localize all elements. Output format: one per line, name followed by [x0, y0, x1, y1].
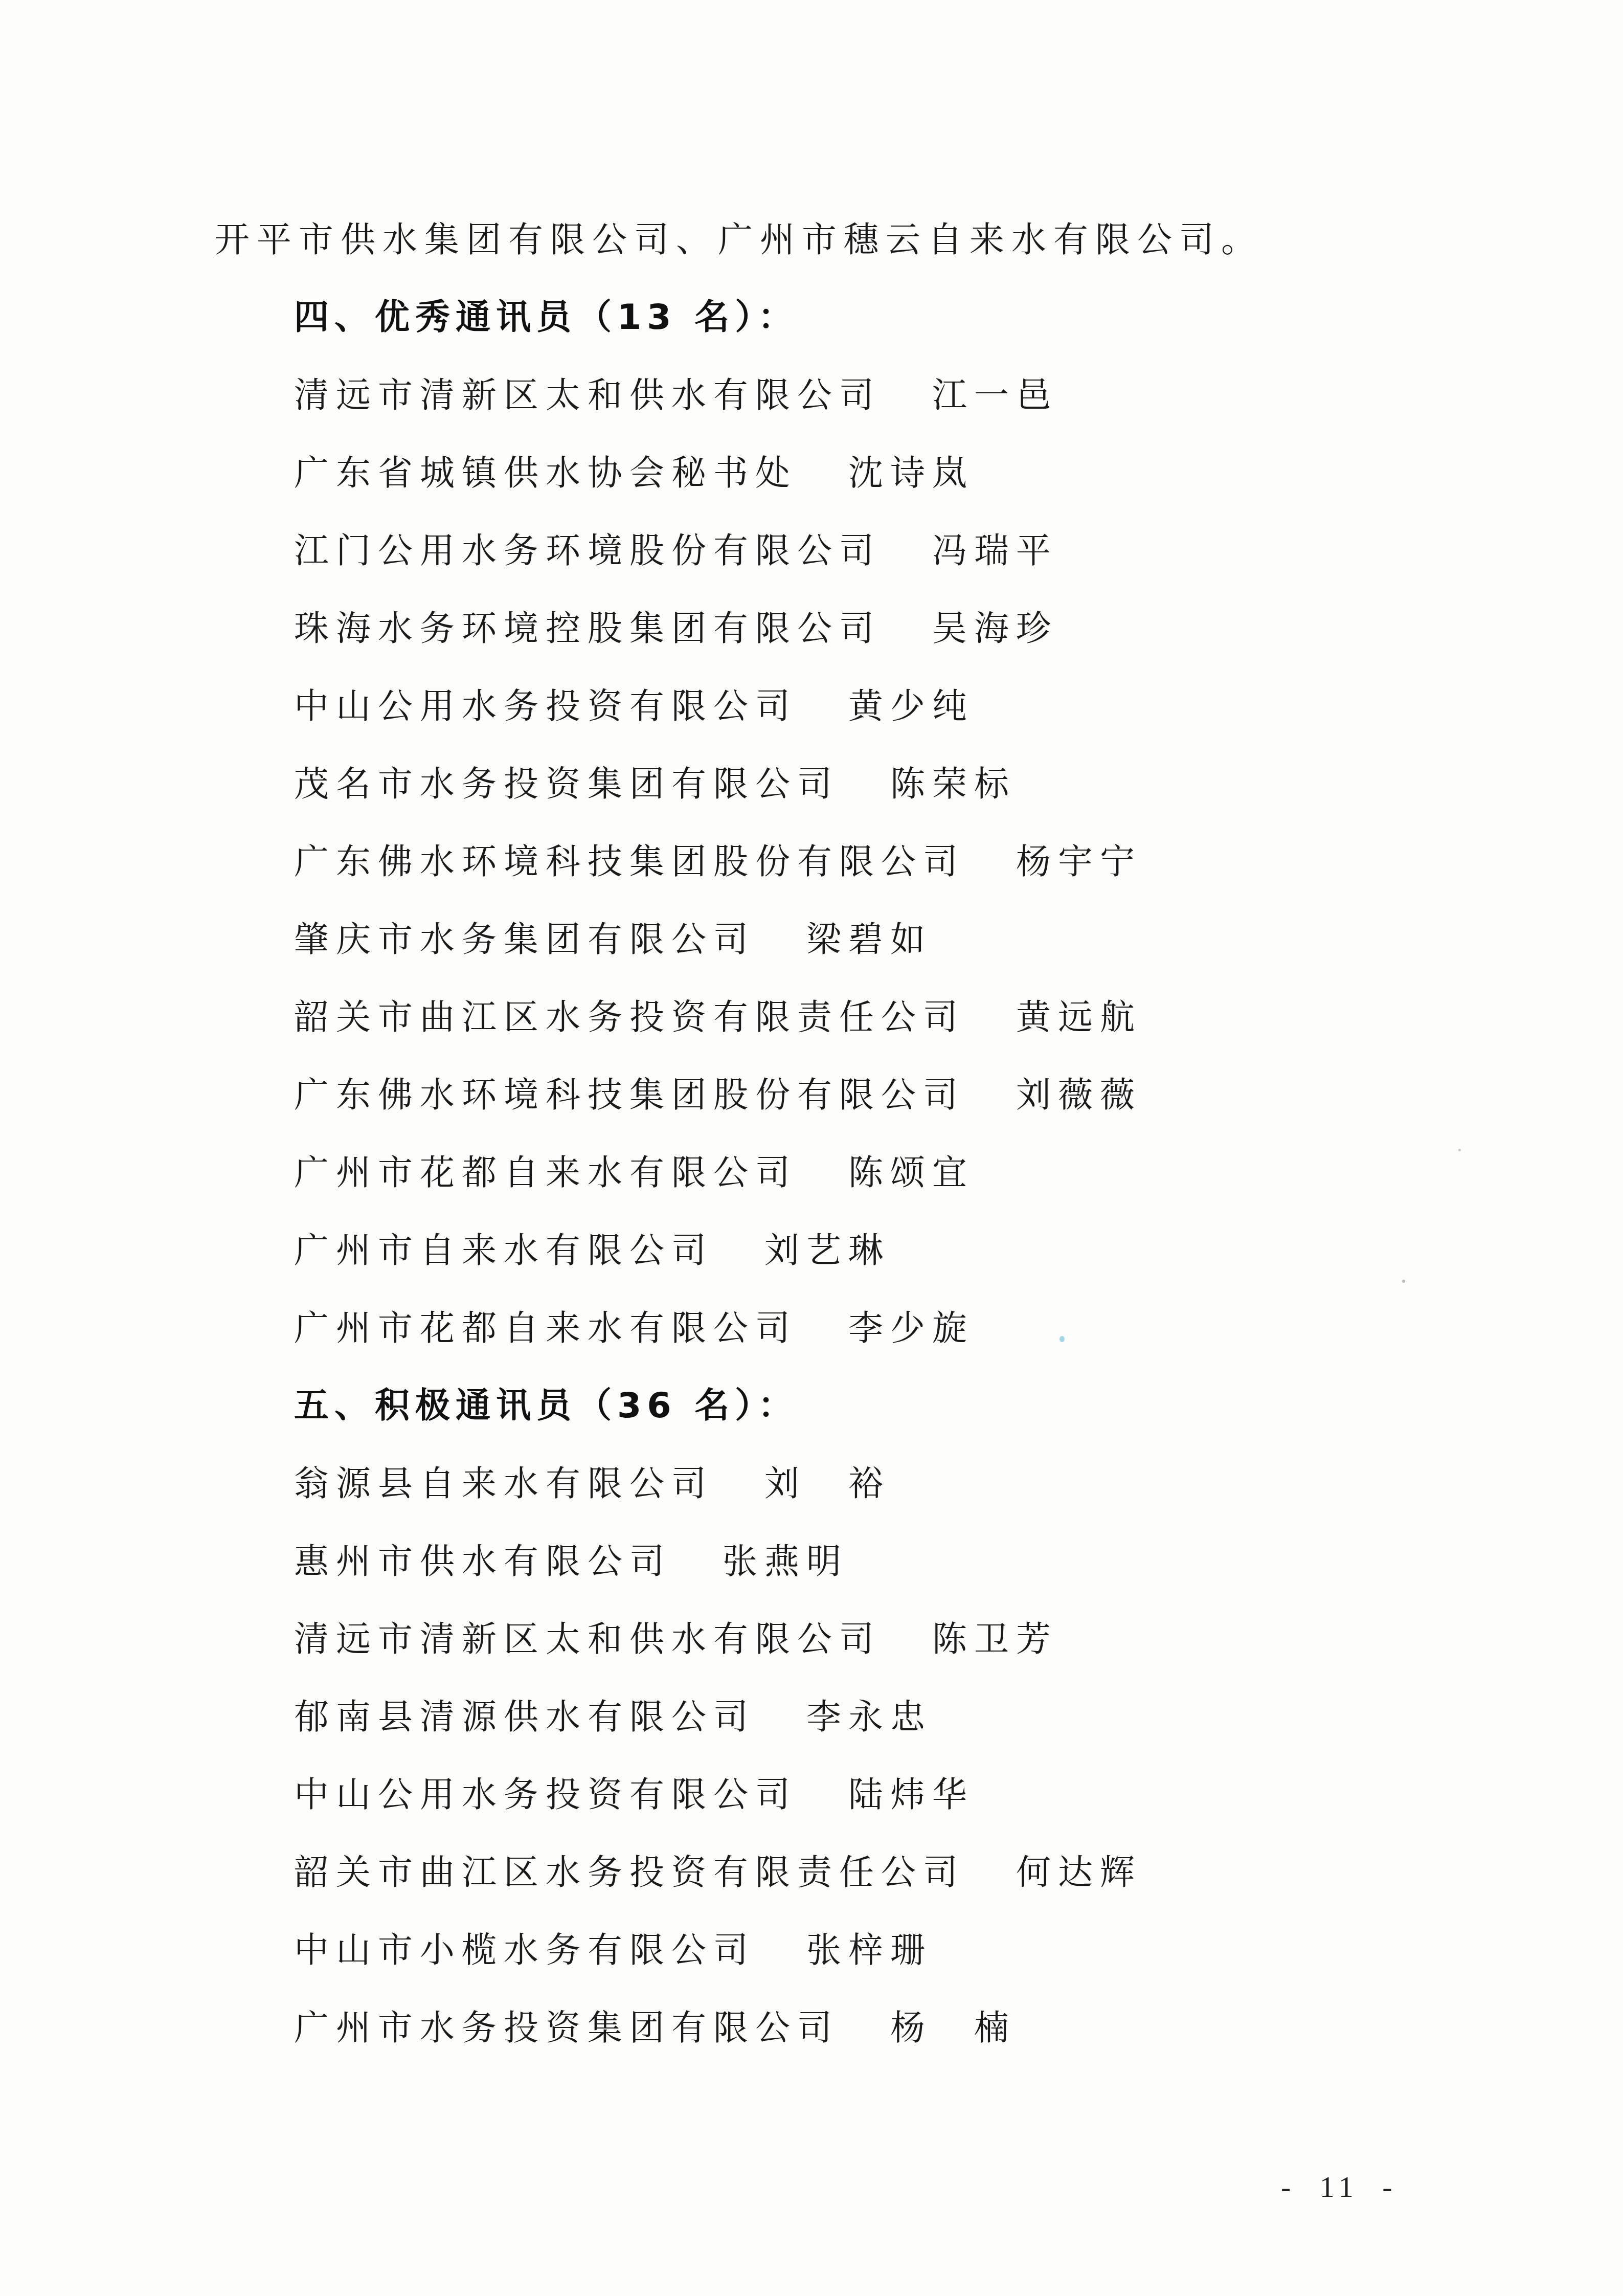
list-item: 韶关市曲江区水务投资有限责任公司何达辉 [0, 1853, 1623, 1930]
company-name: 广州市花都自来水有限公司 [294, 1153, 797, 1192]
section-heading: 五、积极通讯员（36 名）： [0, 1386, 1623, 1464]
award-sections: 四、优秀通讯员（13 名）：清远市清新区太和供水有限公司江一邑广东省城镇供水协会… [0, 298, 1623, 2086]
list-item: 中山市小榄水务有限公司张梓珊 [0, 1930, 1623, 2008]
company-name: 珠海水务环境控股集团有限公司 [294, 609, 881, 648]
person-name: 陈颂宜 [848, 1153, 974, 1192]
person-name: 刘薇薇 [1016, 1076, 1142, 1114]
list-item: 清远市清新区太和供水有限公司江一邑 [0, 375, 1623, 453]
list-item: 惠州市供水有限公司张燕明 [0, 1542, 1623, 1619]
company-name: 广东省城镇供水协会秘书处 [294, 454, 797, 493]
company-name: 广东佛水环境科技集团股份有限公司 [294, 1076, 965, 1114]
person-name: 黄远航 [1016, 998, 1142, 1037]
company-name: 广州市水务投资集团有限公司 [294, 2009, 839, 2047]
person-name: 张梓珊 [806, 1931, 932, 1970]
company-name: 郁南县清源供水有限公司 [294, 1698, 755, 1736]
person-name: 张燕明 [723, 1542, 848, 1581]
list-item: 中山公用水务投资有限公司黄少纯 [0, 686, 1623, 764]
company-name: 肇庆市水务集团有限公司 [294, 920, 755, 959]
person-name: 陈卫芳 [932, 1620, 1058, 1659]
text-column: 开平市供水集团有限公司、广州市穗云自来水有限公司。 四、优秀通讯员（13 名）：… [0, 220, 1623, 2086]
list-item: 广东佛水环境科技集团股份有限公司杨宇宁 [0, 842, 1623, 920]
list-item: 广州市花都自来水有限公司李少旋 [0, 1308, 1623, 1386]
person-name: 吴海珍 [932, 609, 1058, 648]
person-name: 李永忠 [806, 1698, 932, 1736]
company-name: 清远市清新区太和供水有限公司 [294, 1620, 881, 1659]
company-name: 茂名市水务投资集团有限公司 [294, 765, 839, 804]
page-number: - 11 - [1281, 2170, 1397, 2204]
list-item: 广东佛水环境科技集团股份有限公司刘薇薇 [0, 1075, 1623, 1153]
document-page: 开平市供水集团有限公司、广州市穗云自来水有限公司。 四、优秀通讯员（13 名）：… [0, 0, 1623, 2296]
list-item: 广州市自来水有限公司刘艺琳 [0, 1231, 1623, 1308]
company-name: 翁源县自来水有限公司 [294, 1464, 713, 1503]
list-item: 珠海水务环境控股集团有限公司吴海珍 [0, 609, 1623, 686]
list-item: 翁源县自来水有限公司刘 裕 [0, 1464, 1623, 1542]
company-name: 江门公用水务环境股份有限公司 [294, 531, 881, 570]
person-name: 沈诗岚 [848, 454, 974, 493]
company-name: 韶关市曲江区水务投资有限责任公司 [294, 998, 965, 1037]
list-item: 茂名市水务投资集团有限公司陈荣标 [0, 764, 1623, 842]
person-name: 杨宇宁 [1016, 842, 1142, 881]
list-item: 广东省城镇供水协会秘书处沈诗岚 [0, 453, 1623, 531]
company-name: 中山市小榄水务有限公司 [294, 1931, 755, 1970]
person-name: 杨 楠 [890, 2009, 1016, 2047]
list-item: 广州市水务投资集团有限公司杨 楠 [0, 2008, 1623, 2086]
person-name: 梁碧如 [806, 920, 932, 959]
person-name: 陆炜华 [848, 1775, 974, 1814]
list-item: 中山公用水务投资有限公司陆炜华 [0, 1775, 1623, 1853]
company-name: 广东佛水环境科技集团股份有限公司 [294, 842, 965, 881]
company-name: 广州市花都自来水有限公司 [294, 1309, 797, 1348]
list-item: 江门公用水务环境股份有限公司冯瑞平 [0, 531, 1623, 609]
list-item: 郁南县清源供水有限公司李永忠 [0, 1697, 1623, 1775]
company-name: 惠州市供水有限公司 [294, 1542, 671, 1581]
intro-line: 开平市供水集团有限公司、广州市穗云自来水有限公司。 [0, 220, 1623, 298]
company-name: 清远市清新区太和供水有限公司 [294, 376, 881, 415]
scan-speck [1402, 1280, 1405, 1283]
list-item: 肇庆市水务集团有限公司梁碧如 [0, 920, 1623, 997]
section-heading: 四、优秀通讯员（13 名）： [0, 298, 1623, 375]
person-name: 冯瑞平 [932, 531, 1058, 570]
list-item: 广州市花都自来水有限公司陈颂宜 [0, 1153, 1623, 1231]
scan-speck [1458, 1149, 1461, 1151]
company-name: 韶关市曲江区水务投资有限责任公司 [294, 1853, 965, 1892]
list-item: 韶关市曲江区水务投资有限责任公司黄远航 [0, 997, 1623, 1075]
company-name: 中山公用水务投资有限公司 [294, 1775, 797, 1814]
person-name: 黄少纯 [848, 687, 974, 726]
list-item: 清远市清新区太和供水有限公司陈卫芳 [0, 1619, 1623, 1697]
person-name: 李少旋 [848, 1309, 974, 1348]
company-name: 中山公用水务投资有限公司 [294, 687, 797, 726]
person-name: 刘艺琳 [764, 1231, 890, 1270]
company-name: 广州市自来水有限公司 [294, 1231, 713, 1270]
person-name: 陈荣标 [890, 765, 1016, 804]
person-name: 刘 裕 [764, 1464, 890, 1503]
person-name: 江一邑 [932, 376, 1058, 415]
scan-speck [1060, 1336, 1065, 1342]
person-name: 何达辉 [1016, 1853, 1142, 1892]
